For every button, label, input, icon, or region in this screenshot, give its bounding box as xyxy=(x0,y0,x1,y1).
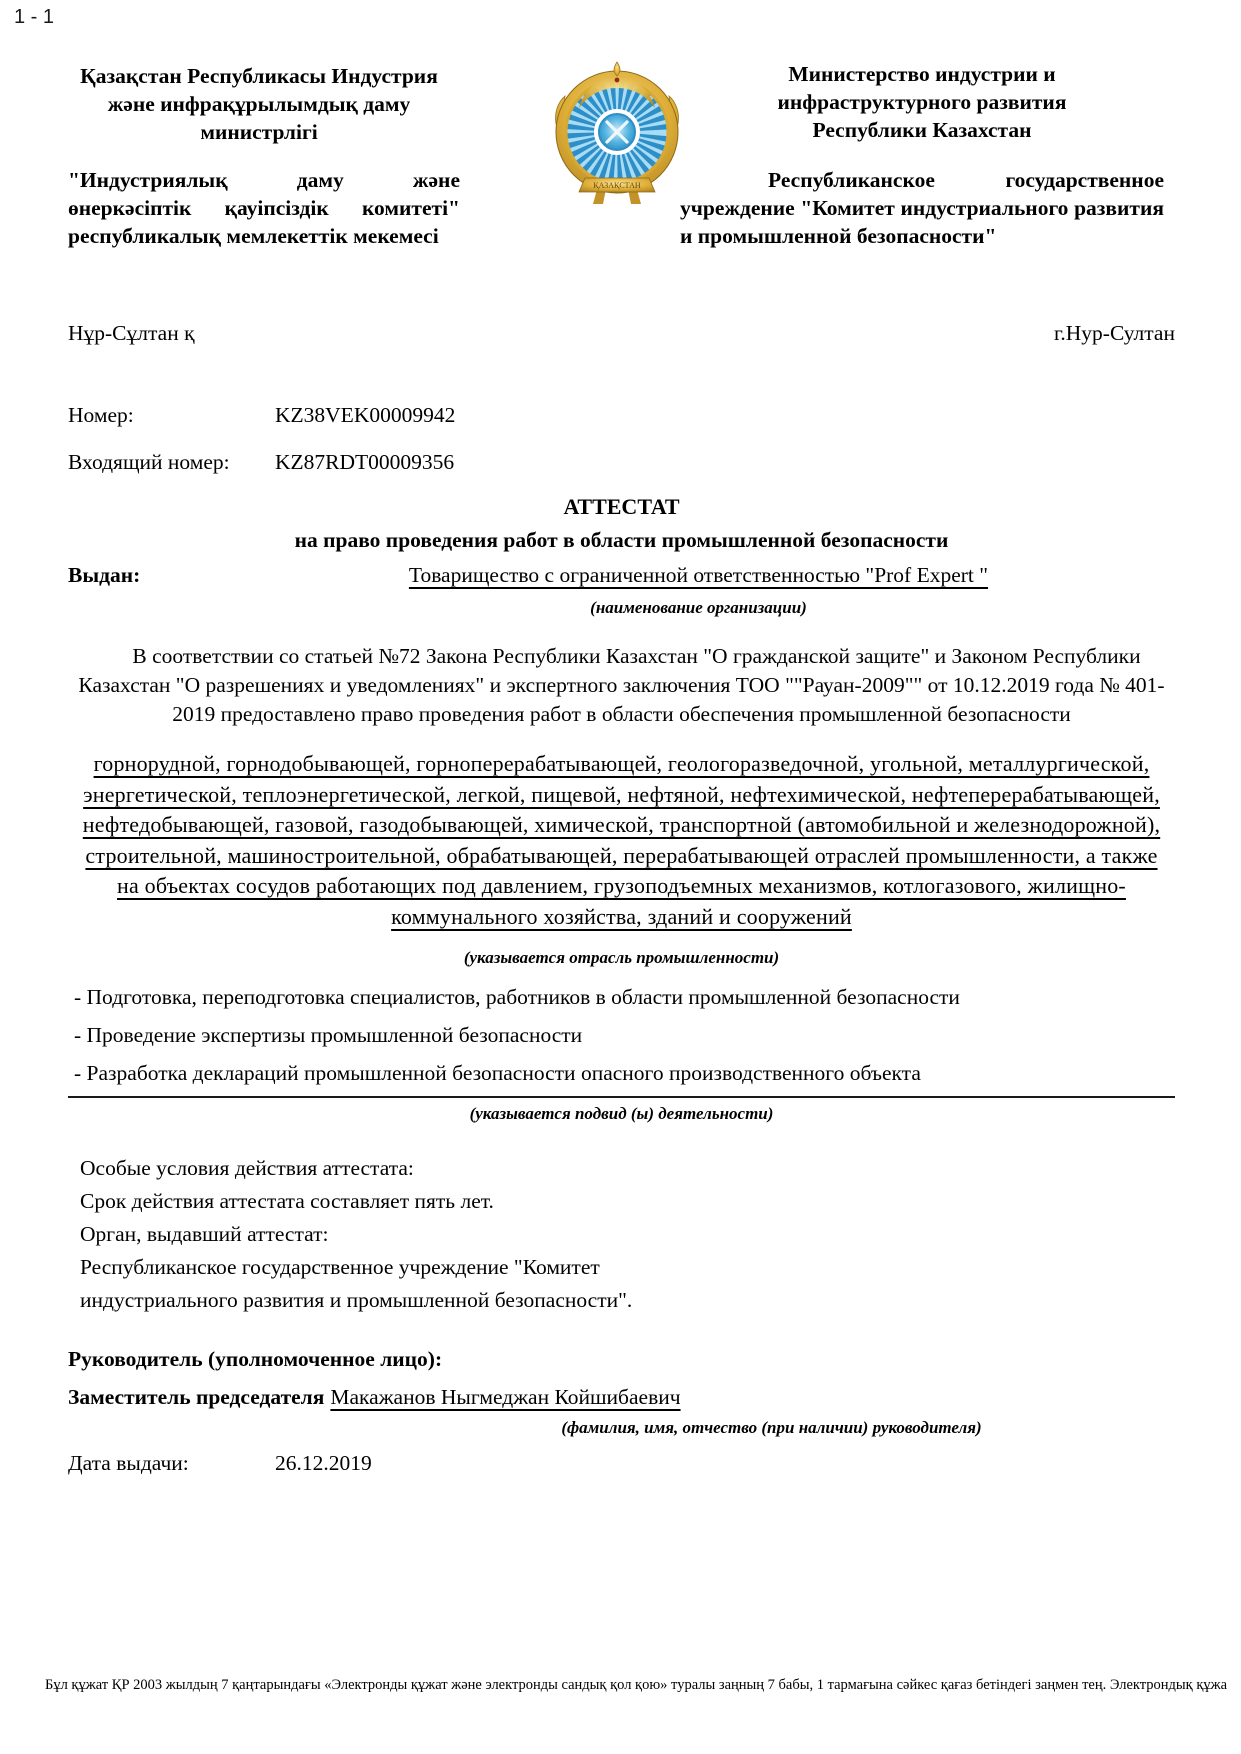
certificate-document: Қазақстан Республикасы Индустрия және ин… xyxy=(0,54,1241,1478)
signatory-position: Заместитель председателя xyxy=(68,1385,324,1409)
page-marker: 1 - 1 xyxy=(14,6,54,29)
issued-to-row: Выдан: Товарищество с ограниченной ответ… xyxy=(68,558,1175,592)
emblem-banner-text: ҚАЗАҚСТАН xyxy=(593,181,641,190)
legal-basis-paragraph: В соответствии со статьей №72 Закона Рес… xyxy=(77,642,1167,729)
incoming-number-row: Входящий номер:KZ87RDT00009356 xyxy=(68,447,1175,477)
issuing-authority-line2: индустриального развития и промышленной … xyxy=(80,1286,1175,1314)
document-subtitle: на право проведения работ в области пром… xyxy=(68,525,1175,555)
conditions-block: Особые условия действия аттестата: Срок … xyxy=(68,1154,1175,1314)
activity-item: - Подготовка, переподготовка специалисто… xyxy=(74,982,1175,1012)
issue-date-label: Дата выдачи: xyxy=(68,1448,275,1478)
header-russian-block: Министерство индустрии и инфраструктурно… xyxy=(680,60,1164,250)
issuing-authority-line1: Республиканское государственное учрежден… xyxy=(80,1253,1175,1281)
city-ru: г.Нур-Султан xyxy=(1054,318,1175,348)
city-kk: Нұр-Сұлтан қ xyxy=(68,318,195,348)
committee-name-ru: Республиканское государственное учрежден… xyxy=(680,166,1164,250)
signatory-caption: (фамилия, имя, отчество (при наличии) ру… xyxy=(368,1416,1175,1440)
industries-list: горнорудной, горнодобывающей, горноперер… xyxy=(74,749,1170,932)
issue-date-value: 26.12.2019 xyxy=(275,1451,372,1475)
signatory-name: Макажанов Ныгмеджан Койшибаевич xyxy=(330,1385,680,1409)
incoming-number-value: KZ87RDT00009356 xyxy=(275,450,454,474)
activities-list: - Подготовка, переподготовка специалисто… xyxy=(68,982,1175,1088)
issue-date-row: Дата выдачи:26.12.2019 xyxy=(68,1448,1175,1478)
legal-footer-note: Бұл құжат ҚР 2003 жылдың 7 қаңтарындағы … xyxy=(45,1676,1241,1694)
committee-name-kk: "Индустриялық даму және өнеркәсіптік қау… xyxy=(68,166,460,250)
divider-line xyxy=(68,1096,1175,1098)
document-title: АТТЕСТАТ xyxy=(68,492,1175,522)
ministry-name-kk: Қазақстан Республикасы Индустрия және ин… xyxy=(68,62,450,146)
number-row: Номер:KZ38VEK00009942 xyxy=(68,400,1175,430)
number-value: KZ38VEK00009942 xyxy=(275,403,455,427)
activity-item: - Разработка деклараций промышленной без… xyxy=(74,1058,1175,1088)
special-conditions-label: Особые условия действия аттестата: xyxy=(80,1154,1175,1182)
industries-caption: (указывается отрасль промышленности) xyxy=(68,946,1175,970)
ministry-name-ru: Министерство индустрии и инфраструктурно… xyxy=(739,60,1105,144)
issuing-authority-label: Орган, выдавший аттестат: xyxy=(80,1220,1175,1248)
signatory-heading: Руководитель (уполномоченное лицо): xyxy=(68,1344,1175,1374)
header-kazakh-block: Қазақстан Республикасы Индустрия және ин… xyxy=(68,62,464,250)
issued-to-label: Выдан: xyxy=(68,558,222,592)
kazakhstan-emblem-icon: ҚАЗАҚСТАН xyxy=(549,56,685,206)
incoming-number-label: Входящий номер: xyxy=(68,447,275,477)
organization-name: Товарищество с ограниченной ответственно… xyxy=(222,558,1175,592)
signatory-row: Заместитель председателяМакажанов Ныгмед… xyxy=(68,1380,1175,1414)
validity-term: Срок действия аттестата составляет пять … xyxy=(80,1187,1175,1215)
city-row: Нұр-Сұлтан қ г.Нур-Султан xyxy=(68,318,1175,348)
activities-caption: (указывается подвид (ы) деятельности) xyxy=(68,1102,1175,1126)
number-label: Номер: xyxy=(68,400,275,430)
activity-item: - Проведение экспертизы промышленной без… xyxy=(74,1020,1175,1050)
organization-caption: (наименование организации) xyxy=(222,596,1175,620)
document-header: Қазақстан Республикасы Индустрия және ин… xyxy=(68,54,1175,266)
